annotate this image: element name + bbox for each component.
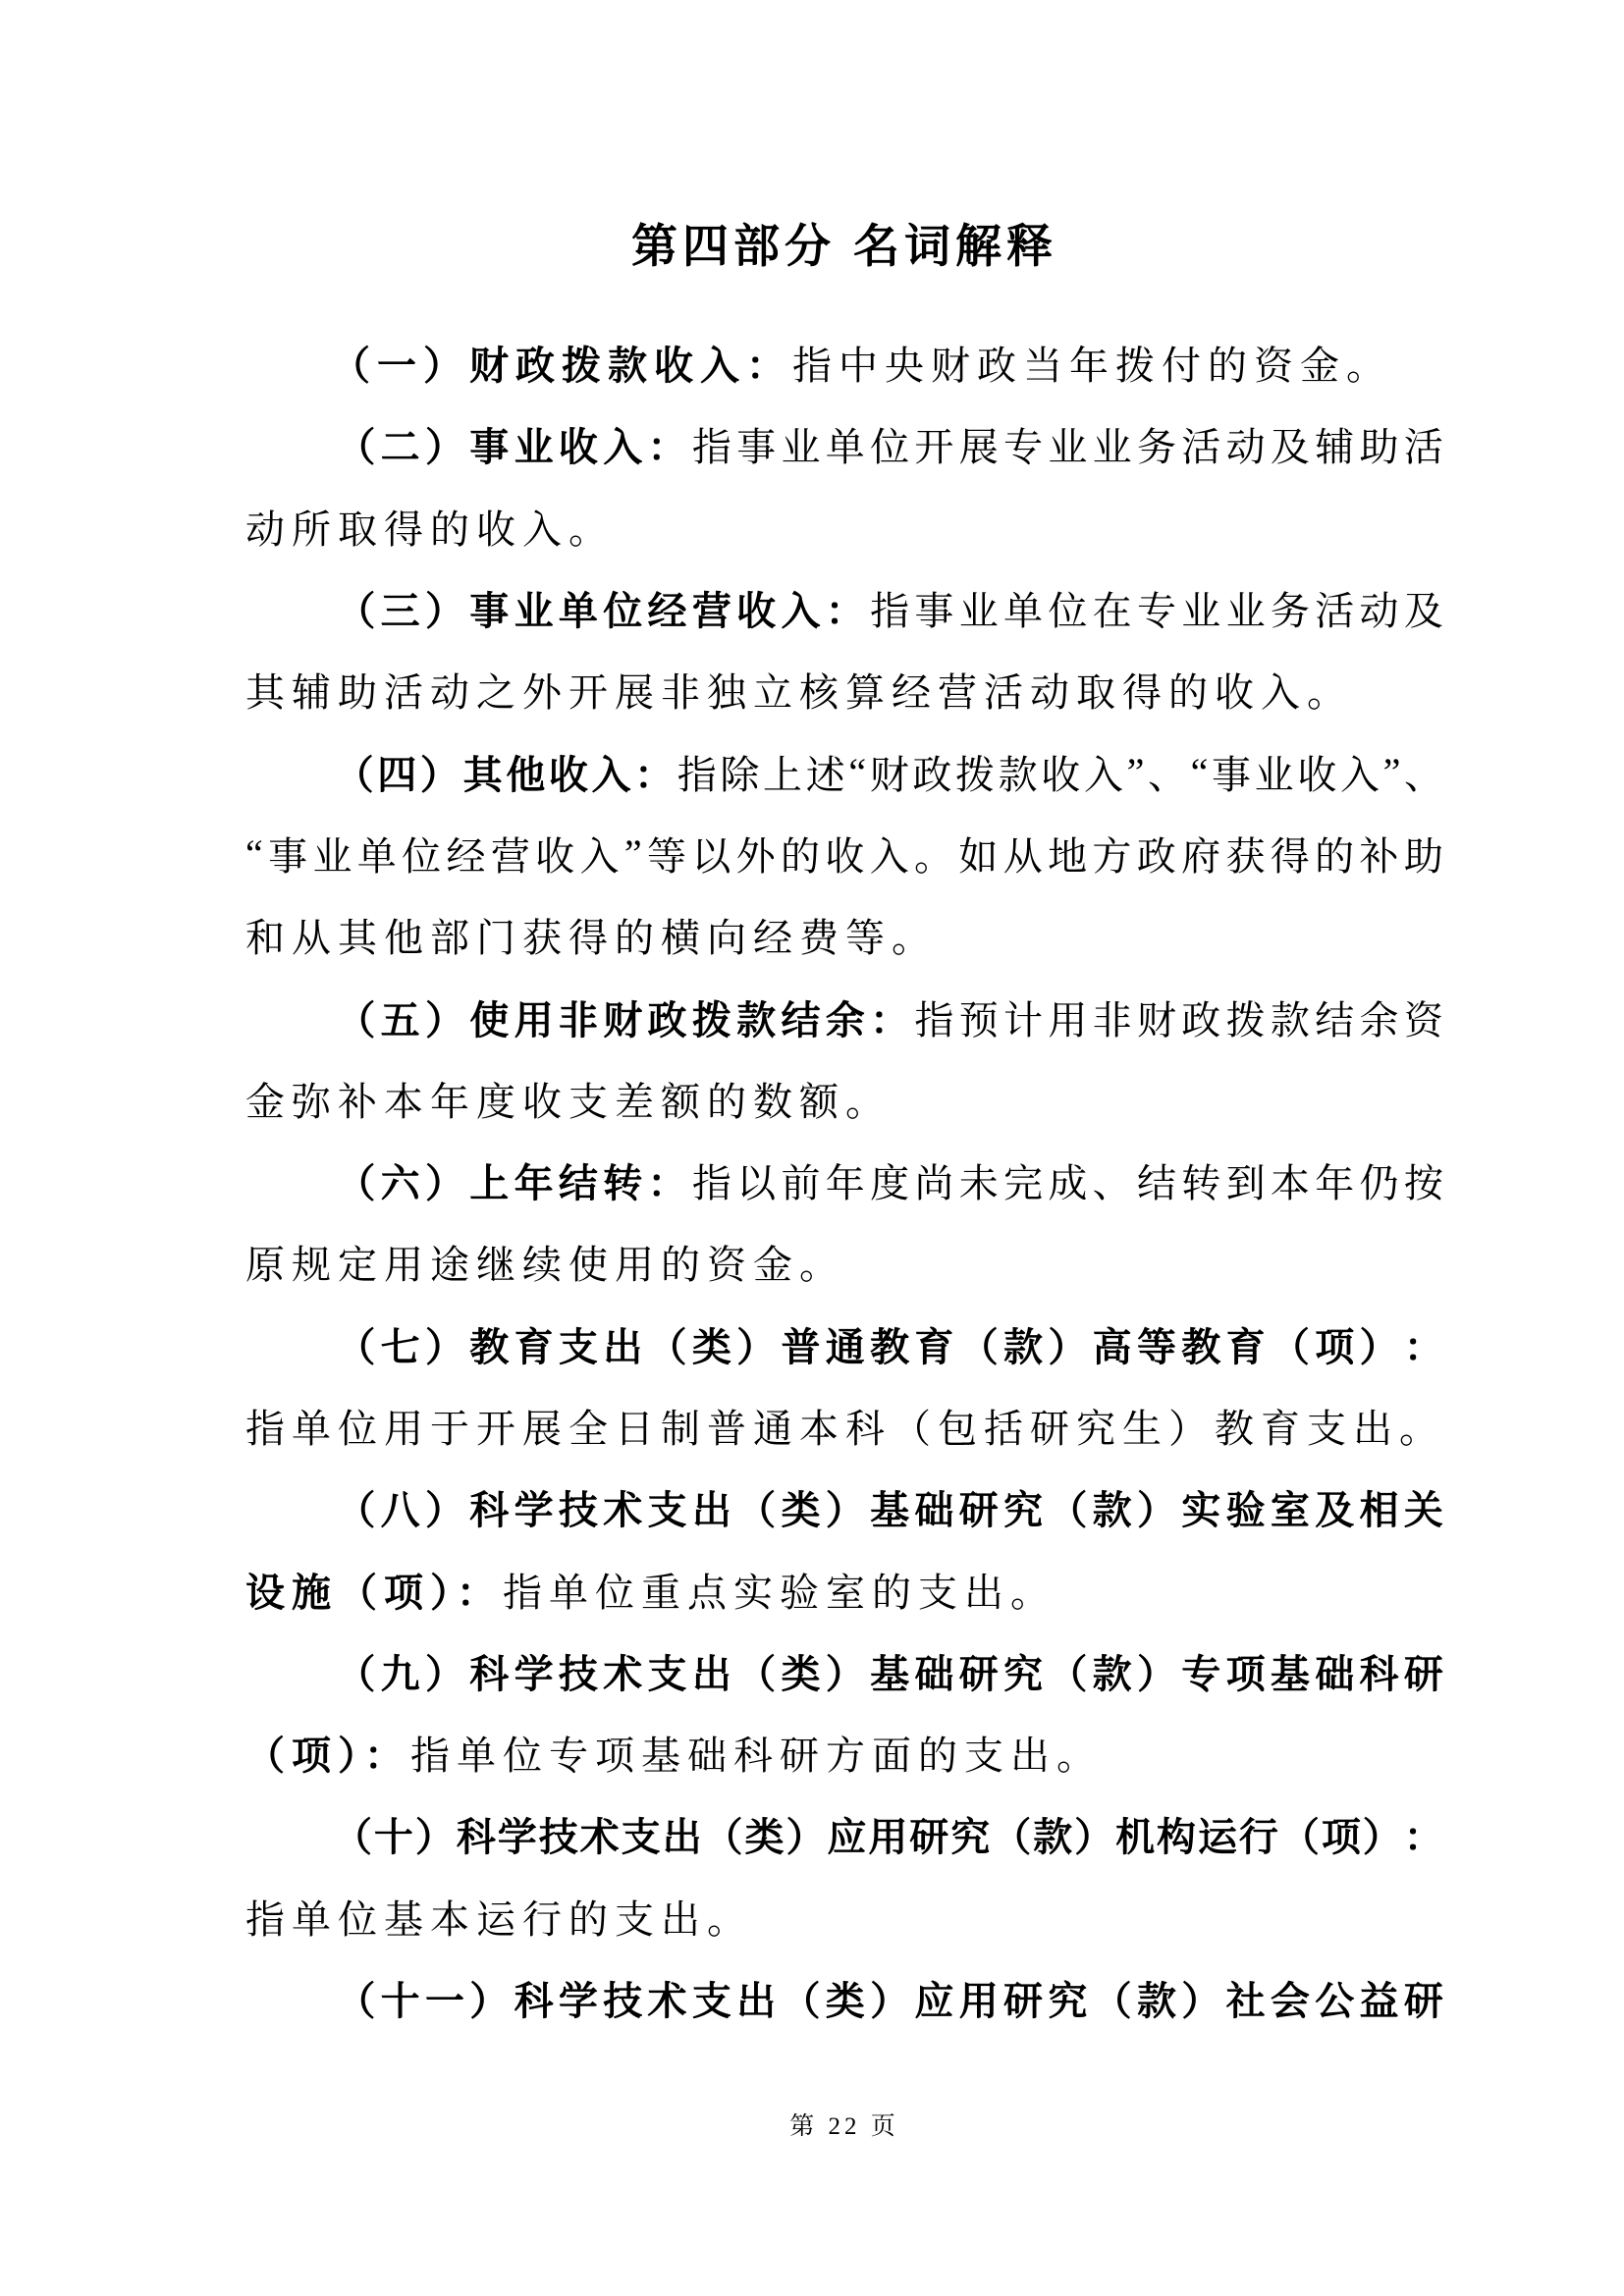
paragraph-indent [245, 1344, 331, 1345]
term-text: 类 [826, 1970, 865, 2026]
body-text: 。 [914, 826, 953, 881]
text-line: 金弥补本年度收支差额的数额。 [245, 1058, 1443, 1140]
body-text: 述 [806, 744, 845, 800]
term-text: 学 [559, 1970, 598, 2026]
term-text: 支 [648, 1643, 687, 1699]
term-text: 出 [663, 1806, 702, 1862]
term-text: 单 [559, 580, 598, 636]
term-text: 社 [1226, 1970, 1266, 2026]
body-text: 按 [1404, 1152, 1443, 1208]
term-text: 业 [514, 580, 554, 636]
body-text: 及 [1271, 416, 1310, 472]
term-text: 育 [514, 1316, 554, 1372]
paragraph-indent [245, 1180, 331, 1181]
term-text: （ [1093, 1970, 1132, 2026]
term-text: 及 [1315, 1479, 1354, 1535]
term-text: ： [648, 1152, 687, 1208]
term-text: 通 [826, 1316, 865, 1372]
term-text: 入 [591, 744, 630, 800]
term-text: 育 [1226, 1316, 1266, 1372]
term-text: 出 [692, 1479, 731, 1535]
term-text: 出 [736, 1970, 776, 2026]
body-text: 助 [1360, 416, 1399, 472]
body-text: 财 [1137, 989, 1176, 1045]
term-text: 等 [1137, 1316, 1176, 1372]
term-text: 术 [580, 1806, 620, 1862]
term-text: ） [1360, 1316, 1399, 1372]
body-text: 原规定用途继续使用的资金。 [245, 1234, 845, 1290]
term-text: 实 [1181, 1479, 1220, 1535]
term-text: 研 [959, 1479, 999, 1535]
term-text: ） [469, 1970, 509, 2026]
term-text: 类 [781, 1643, 820, 1699]
term-text: 他 [506, 744, 545, 800]
body-text: ” [624, 830, 642, 877]
term-text: ） [425, 1643, 464, 1699]
term-text: 基 [870, 1643, 909, 1699]
text-line: 原规定用途继续使用的资金。 [245, 1221, 1443, 1303]
term-text: 转 [603, 1152, 642, 1208]
term-text: （ [333, 1806, 372, 1862]
body-text: 成 [1048, 1152, 1087, 1208]
body-text: 指 [692, 416, 731, 472]
term-text: 结 [781, 989, 820, 1045]
term-text: 学 [514, 1479, 554, 1535]
text-line: 和从其他部门获得的横向经费等。 [245, 894, 1443, 976]
text-line: （八）科学技术支出（类）基础研究（款）实验室及相关 [245, 1467, 1443, 1548]
term-text: 技 [539, 1806, 578, 1862]
term-text: （ [336, 1479, 375, 1535]
text-line: 动所取得的收入。 [245, 486, 1443, 567]
body-text: 等 [647, 826, 686, 881]
body-text: 方 [1092, 826, 1131, 881]
term-text: 类 [781, 1479, 820, 1535]
text-line: 设施（项）：指单位重点实验室的支出。 [245, 1548, 1443, 1629]
paragraph-indent [245, 1834, 331, 1835]
term-text: 四 [377, 744, 416, 800]
body-text: 完 [1003, 1152, 1043, 1208]
body-text: 收 [1041, 744, 1080, 800]
body-text: 辅 [1315, 416, 1354, 472]
body-text: 除 [720, 744, 759, 800]
term-text: 财 [603, 989, 642, 1045]
term-text: 究 [950, 1806, 990, 1862]
term-text: （ [736, 1643, 776, 1699]
body-text: 府 [1181, 826, 1220, 881]
body-text: 转 [1181, 1152, 1220, 1208]
term-text: （ [1280, 1806, 1320, 1862]
body-text: 地 [1048, 826, 1087, 881]
term-text: 出 [603, 1316, 642, 1372]
term-text: ： [648, 416, 687, 472]
body-text: 非 [1093, 989, 1132, 1045]
body-text: 入 [1084, 744, 1123, 800]
body-text: 收 [1297, 744, 1336, 800]
body-text: 位 [870, 416, 909, 472]
term-text: 支 [648, 1479, 687, 1535]
term-text: （ [336, 1316, 375, 1372]
body-text: 指中央财政当年拨付的资金。 [792, 335, 1392, 391]
term-text: 收 [549, 744, 588, 800]
term-text: 余 [826, 989, 865, 1045]
document-body: （一）财政拨款收入：指中央财政当年拨付的资金。（二）事业收入：指事业单位开展专业… [245, 322, 1443, 2039]
paragraph-indent [245, 1671, 331, 1672]
body-text: 入 [580, 826, 620, 881]
term-text: 结 [559, 1152, 598, 1208]
body-text: 计 [1003, 989, 1043, 1045]
term-text: 六 [381, 1152, 420, 1208]
term-text: 公 [1315, 1970, 1354, 2026]
body-text: 单 [357, 826, 397, 881]
body-text: 到 [1226, 1152, 1266, 1208]
term-text: 科 [457, 1806, 496, 1862]
body-text: 业 [959, 580, 999, 636]
term-text: 研 [959, 1643, 999, 1699]
term-text: ） [1137, 1479, 1176, 1535]
term-text: 教 [1181, 1316, 1220, 1372]
term-text: 用 [868, 1806, 907, 1862]
term-text: 入 [603, 416, 642, 472]
term-text: 类 [692, 1316, 731, 1372]
term-text: 款 [1003, 1316, 1043, 1372]
body-text: 指 [914, 989, 953, 1045]
body-text: 展 [959, 416, 999, 472]
term-text: 非 [559, 989, 598, 1045]
body-text: 其辅助活动之外开展非独立核算经营活动取得的收入。 [245, 662, 1353, 718]
term-text: 应 [914, 1970, 953, 2026]
term-text: 年 [514, 1152, 554, 1208]
body-text: 上 [763, 744, 802, 800]
body-text: 动 [1360, 580, 1399, 636]
text-line: （三）事业单位经营收入：指事业单位在专业业务活动及 [245, 567, 1443, 649]
term-text: 入 [781, 580, 820, 636]
term-text: 款 [1093, 1479, 1132, 1535]
body-text: 动所取得的收入。 [245, 499, 615, 555]
term-text: （ [336, 416, 375, 472]
body-text: 业 [1181, 580, 1220, 636]
term-text: 事 [469, 416, 509, 472]
text-line: （项）：指单位专项基础科研方面的支出。 [245, 1712, 1443, 1793]
term-text: ） [420, 744, 460, 800]
term-text: 教 [870, 1316, 909, 1372]
body-text: 拨 [1226, 989, 1266, 1045]
term-text: （ [736, 1479, 776, 1535]
term-text: 专 [1181, 1643, 1220, 1699]
body-text: 如 [958, 826, 998, 881]
body-text: 的 [1315, 826, 1354, 881]
term-text: 术 [603, 1479, 642, 1535]
body-text: 专 [1137, 580, 1176, 636]
term-text: 用 [959, 1970, 999, 2026]
body-text: 年 [1315, 1152, 1354, 1208]
body-text: 拨 [955, 744, 995, 800]
body-text: 业 [312, 826, 352, 881]
body-text: 业 [781, 416, 820, 472]
term-text: ） [1363, 1806, 1402, 1862]
term-text: 术 [648, 1970, 687, 2026]
body-text: 务 [1271, 580, 1310, 636]
term-text: 学 [514, 1643, 554, 1699]
text-line: （五）使用非财政拨款结余：指预计用非财政拨款结余资 [245, 976, 1443, 1057]
term-text: 项 [1322, 1806, 1361, 1862]
term-text: 政 [648, 989, 687, 1045]
term-text: （ [336, 1152, 375, 1208]
body-text: 及 [1404, 580, 1443, 636]
term-text: 上 [469, 1152, 509, 1208]
term-text: 位 [603, 580, 642, 636]
body-text: 单 [826, 416, 865, 472]
body-text: 入 [1340, 744, 1380, 800]
term-text: 究 [1048, 1970, 1087, 2026]
body-text: “ [1191, 749, 1209, 795]
term-text: （ [704, 1806, 743, 1862]
body-text: 政 [1137, 826, 1176, 881]
term-text: 关 [1404, 1479, 1443, 1535]
term-text: ） [1181, 1970, 1220, 2026]
term-text: 科 [514, 1970, 554, 2026]
term-text: ） [425, 416, 464, 472]
term-text: 验 [1226, 1479, 1266, 1535]
term-text: 础 [1315, 1643, 1354, 1699]
body-text: 开 [914, 416, 953, 472]
body-text: 业 [1226, 580, 1266, 636]
text-line: （四）其他收入：指除上述“财政拨款收入”、“事业收入”、 [245, 730, 1443, 812]
term-text: 七 [381, 1316, 420, 1372]
term-text: ： [870, 989, 909, 1045]
text-line: “事业单位经营收入”等以外的收入。如从地方政府获得的补助 [245, 813, 1443, 894]
body-text: 预 [959, 989, 999, 1045]
body-text: 结 [1315, 989, 1354, 1045]
body-text: 外 [736, 826, 776, 881]
term-text: ） [736, 1316, 776, 1372]
paragraph-indent [245, 1998, 331, 1999]
document-page: 第四部分 名词解释 （一）财政拨款收入：指中央财政当年拨付的资金。（二）事业收入… [0, 0, 1624, 2296]
term-text: 究 [1003, 1479, 1043, 1535]
page-number: 第 22 页 [245, 2107, 1443, 2142]
body-text: “ [848, 749, 866, 795]
term-text: 支 [622, 1806, 661, 1862]
term-text: 础 [914, 1479, 953, 1535]
term-text: 教 [469, 1316, 509, 1372]
term-text: 五 [381, 989, 420, 1045]
body-text: 度 [870, 1152, 909, 1208]
term-text: ） [425, 1479, 464, 1535]
body-text: 收 [535, 826, 574, 881]
paragraph-indent [245, 1507, 331, 1508]
body-text: 未 [959, 1152, 999, 1208]
term-text: 技 [559, 1479, 598, 1535]
text-line: （十）科学技术支出（类）应用研究（款）机构运行（项）： [245, 1793, 1443, 1875]
body-text: 活 [1404, 416, 1443, 472]
term-text: ） [425, 989, 464, 1045]
term-text: 拨 [692, 989, 731, 1045]
body-text: 指 [870, 580, 909, 636]
body-text: 专 [1003, 416, 1043, 472]
body-text: 款 [999, 744, 1038, 800]
term-text: 研 [1003, 1970, 1043, 2026]
term-text: 研 [1404, 1643, 1443, 1699]
body-text: 得 [1271, 826, 1310, 881]
term-text: 研 [909, 1806, 948, 1862]
term-text: 二 [381, 416, 420, 472]
term-text: 构 [1157, 1806, 1196, 1862]
body-text: 单 [1003, 580, 1043, 636]
body-text: 补 [1359, 826, 1398, 881]
body-text: ” [1127, 749, 1145, 795]
term-text: ： [826, 580, 865, 636]
body-text: 本 [1271, 1152, 1310, 1208]
body-text: 营 [491, 826, 530, 881]
body-text: 入 [870, 826, 909, 881]
term-text: 基 [1271, 1643, 1310, 1699]
term-text: 学 [498, 1806, 537, 1862]
body-text: 事 [1212, 744, 1251, 800]
body-text: 款 [1271, 989, 1310, 1045]
term-text: （项）： [245, 1725, 410, 1781]
text-line: （一）财政拨款收入：指中央财政当年拨付的资金。 [245, 322, 1443, 403]
term-text: ） [1048, 1316, 1087, 1372]
term-text: （ [992, 1806, 1031, 1862]
body-text: 指单位用于开展全日制普通本科（包括研究生）教育支出。 [245, 1398, 1445, 1454]
body-text: 资 [1404, 989, 1443, 1045]
body-text: 活 [1181, 416, 1220, 472]
term-text: 会 [1271, 1970, 1310, 2026]
term-text: 普 [781, 1316, 820, 1372]
term-text: 室 [1271, 1479, 1310, 1535]
body-text: 指单位重点实验室的支出。 [503, 1562, 1056, 1618]
term-text: 相 [1360, 1479, 1399, 1535]
term-text: 术 [603, 1643, 642, 1699]
body-text: 业 [1255, 744, 1294, 800]
term-text: 款 [1093, 1643, 1132, 1699]
term-text: 八 [381, 1479, 420, 1535]
term-text: 支 [692, 1970, 731, 2026]
term-text: （ [336, 989, 375, 1045]
text-line: 指单位用于开展全日制普通本科（包括研究生）教育支出。 [245, 1385, 1443, 1467]
text-line: （二）事业收入：指事业单位开展专业业务活动及辅助活 [245, 403, 1443, 485]
term-text: ） [826, 1479, 865, 1535]
text-line: （十一）科学技术支出（类）应用研究（款）社会公益研 [245, 1957, 1443, 2039]
term-text: ） [870, 1970, 909, 2026]
body-text: 前 [781, 1152, 820, 1208]
paragraph-indent [245, 608, 331, 609]
term-text: ） [425, 1316, 464, 1372]
body-text: 事 [268, 826, 307, 881]
term-text: 十 [381, 1970, 420, 2026]
text-line: 指单位基本运行的支出。 [245, 1876, 1443, 1957]
term-text: （ [1048, 1643, 1087, 1699]
term-text: 收 [736, 580, 776, 636]
body-text: 指 [692, 1152, 731, 1208]
body-text: 和从其他部门获得的横向经费等。 [245, 907, 938, 963]
term-text: ： [1404, 1316, 1443, 1372]
text-line: （九）科学技术支出（类）基础研究（款）专项基础科研 [245, 1630, 1443, 1712]
body-text: 结 [1137, 1152, 1176, 1208]
term-text: 设施（项）： [245, 1562, 503, 1618]
term-text: 其 [463, 744, 503, 800]
term-text: 基 [870, 1479, 909, 1535]
body-text: 年 [826, 1152, 865, 1208]
term-text: ） [415, 1806, 455, 1862]
body-text: 财 [870, 744, 909, 800]
body-text: 事 [914, 580, 953, 636]
term-text: （ [335, 744, 374, 800]
body-text: 的 [781, 826, 820, 881]
page-title: 第四部分 名词解释 [245, 214, 1443, 279]
term-text: （ [336, 1643, 375, 1699]
body-text: 在 [1093, 580, 1132, 636]
term-text: （ [336, 580, 375, 636]
body-text: ” [1383, 749, 1401, 795]
term-text: 九 [381, 1643, 420, 1699]
term-text: ） [425, 580, 464, 636]
text-line: 其辅助活动之外开展非独立核算经营活动取得的收入。 [245, 649, 1443, 730]
term-text: ） [1074, 1806, 1113, 1862]
body-text: 以 [736, 1152, 776, 1208]
paragraph-indent [245, 444, 331, 445]
term-text: （ [1048, 1479, 1087, 1535]
body-text: 、 [1093, 1152, 1132, 1208]
body-text: 业 [1093, 416, 1132, 472]
term-text: 技 [559, 1643, 598, 1699]
term-text: 款 [1137, 1970, 1176, 2026]
term-text: ） [1137, 1643, 1176, 1699]
body-text: 金弥补本年度收支差额的数额。 [245, 1071, 892, 1127]
term-text: 支 [559, 1316, 598, 1372]
term-text: 科 [469, 1479, 509, 1535]
body-text: 政 [912, 744, 951, 800]
body-text: 助 [1404, 826, 1443, 881]
term-text: （ [648, 1316, 687, 1372]
term-text: ） [826, 1643, 865, 1699]
term-text: 类 [744, 1806, 784, 1862]
term-text: （ [781, 1970, 820, 2026]
term-text: （ [959, 1316, 999, 1372]
term-text: 使 [469, 989, 509, 1045]
text-line: （七）教育支出（类）普通教育（款）高等教育（项）： [245, 1304, 1443, 1385]
text-line: （六）上年结转：指以前年度尚未完成、结转到本年仍按 [245, 1140, 1443, 1221]
term-text: 款 [1033, 1806, 1072, 1862]
paragraph-indent [245, 772, 331, 773]
body-text: 从 [1003, 826, 1043, 881]
term-text: 用 [514, 989, 554, 1045]
body-text: 政 [1181, 989, 1220, 1045]
body-text: “ [245, 830, 263, 877]
term-text: 三 [381, 580, 420, 636]
term-text: ： [634, 744, 674, 800]
term-text: ） [785, 1806, 825, 1862]
body-text: 务 [1137, 416, 1176, 472]
term-text: 业 [514, 416, 554, 472]
body-text: 以 [691, 826, 731, 881]
paragraph-indent [245, 1017, 331, 1018]
term-text: （ [336, 1970, 375, 2026]
term-text: 营 [692, 580, 731, 636]
term-text: 收 [559, 416, 598, 472]
body-text: 指 [677, 744, 717, 800]
term-text: 运 [1198, 1806, 1237, 1862]
paragraph-indent [245, 362, 331, 363]
term-text: 研 [1404, 1970, 1443, 2026]
body-text: 指单位基本运行的支出。 [245, 1889, 753, 1945]
term-text: 技 [603, 1970, 642, 2026]
term-text: 项 [1226, 1643, 1266, 1699]
term-text: 一 [425, 1970, 464, 2026]
term-text: （ [1271, 1316, 1310, 1372]
body-text: 动 [1226, 416, 1266, 472]
term-text: 究 [1003, 1643, 1043, 1699]
body-text: 收 [825, 826, 864, 881]
